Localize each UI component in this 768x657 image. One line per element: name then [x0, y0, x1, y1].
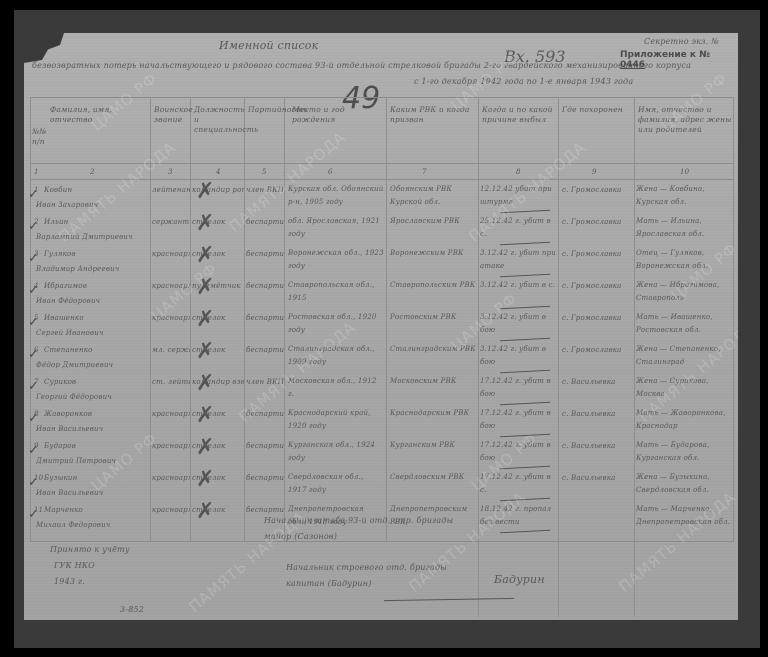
cross-mark-icon: ✗: [196, 501, 214, 523]
col-header-3: Воинское звание: [154, 105, 190, 125]
birth-place: Ставропольская обл., 1915: [288, 279, 384, 305]
given-names: Иван Васильевич: [36, 422, 148, 436]
table-row: ✓ 3 Гуляков Владимир Андреевич красноарм…: [30, 247, 734, 279]
cross-mark-icon: ✗: [196, 405, 214, 427]
torn-corner: [24, 33, 64, 63]
birth-place: Краснодарский край, 1920 году: [288, 407, 384, 433]
relatives-address: Отец — Гуляков, Воронежская обл.: [636, 247, 732, 273]
burial-place: с. Громославка: [562, 183, 632, 197]
col-number: 4: [216, 168, 221, 176]
table-row: ✓ 2 Ильин Варлампий Дмитриевич сержант с…: [30, 215, 734, 247]
footer-note-3: 1943 г.: [54, 577, 85, 586]
birth-place: Московская обл., 1912 г.: [288, 375, 384, 401]
col-number: 10: [680, 168, 689, 176]
birth-place: Воронежская обл., 1923 году: [288, 247, 384, 273]
table-row: ✓ 1 Ковбин Иван Захарович лейтенант кома…: [30, 183, 734, 215]
underline-stroke: [500, 498, 550, 502]
loss-reason: 17.12.42 г. убит в бою: [480, 407, 556, 433]
burial-place: с. Громославка: [562, 311, 632, 325]
loss-reason: 12.12.42 убит при штурме: [480, 183, 556, 209]
cross-mark-icon: ✗: [196, 213, 214, 235]
table-row: ✓ 6 Степаненко Фёдор Дмитриевич мл. серж…: [30, 343, 734, 375]
rank: лейтенант: [152, 183, 190, 197]
table-header-divider: [30, 163, 734, 164]
row-number: 1: [34, 183, 39, 197]
surname: Ковбин: [44, 183, 148, 197]
document-page: Именной список безвозвратных потерь нача…: [24, 33, 738, 620]
burial-place: с. Васильевка: [562, 471, 632, 485]
table-row: ✓ 9 Бударов Дмитрий Петрович красноармее…: [30, 439, 734, 471]
footer-chief-rank: майор (Сазонов): [264, 532, 337, 541]
draft-office: Свердловским РВК: [390, 471, 476, 484]
draft-office: Курганским РВК: [390, 439, 476, 452]
table-border-bottom: [30, 541, 734, 542]
relatives-address: Жена — Сурикова, Москва: [636, 375, 732, 401]
given-names: Иван Захарович: [36, 198, 148, 212]
relatives-address: Жена — Ибрагимова, Ставрополь: [636, 279, 732, 305]
appendix-text: Приложение к №: [620, 50, 710, 60]
draft-office: Ярославским РВК: [390, 215, 476, 228]
rank: красноармеец: [152, 247, 190, 261]
party: беспартийный: [246, 471, 284, 485]
party: беспартийный: [246, 439, 284, 453]
birth-place: Курская обл. Обоянский р-н, 1905 году: [288, 183, 384, 209]
underline-stroke: [500, 466, 550, 470]
col-header-5: Партийность: [248, 105, 284, 115]
relatives-address: Жена — Ковбина, Курская обл.: [636, 183, 732, 209]
underline-stroke: [500, 370, 550, 374]
draft-office: Ростовским РВК: [390, 311, 476, 324]
surname: Суриков: [44, 375, 148, 389]
party: беспартийный: [246, 503, 284, 517]
surname: Степаненко: [44, 343, 148, 357]
burial-place: с. Васильевка: [562, 375, 632, 389]
underline-stroke: [500, 530, 550, 534]
rank: мл. сержант: [152, 343, 190, 357]
party: беспартийный: [246, 343, 284, 357]
birth-place: Сталинградская обл., 1909 году: [288, 343, 384, 369]
relatives-address: Мать — Ильина, Ярославская обл.: [636, 215, 732, 241]
table-row: ✓ 10 Бузыкин Иван Васильевич красноармее…: [30, 471, 734, 503]
relatives-address: Мать — Ивашенко, Ростовская обл.: [636, 311, 732, 337]
surname: Ивашенко: [44, 311, 148, 325]
footer-chief-dept: Начальник строевого отд. бригады: [286, 563, 447, 572]
col-number: 9: [592, 168, 597, 176]
burial-place: с. Громославка: [562, 247, 632, 261]
underline-stroke: [500, 402, 550, 406]
col-number: 8: [516, 168, 521, 176]
party: член ВКП(б): [246, 183, 284, 197]
draft-office: Ставропольским РВК: [390, 279, 476, 292]
rank: ст. лейтенант: [152, 375, 190, 389]
given-names: Иван Васильевич: [36, 486, 148, 500]
rank: красноармеец: [152, 407, 190, 421]
appendix-label: Приложение к № 0446: [620, 50, 738, 70]
rank: сержант: [152, 215, 190, 229]
relatives-address: Мать — Бударова, Курганская обл.: [636, 439, 732, 465]
document-period: с 1-го декабря 1942 года по 1-е января 1…: [414, 77, 633, 86]
rank: красноармеец: [152, 471, 190, 485]
draft-office: Воронежским РВК: [390, 247, 476, 260]
row-number: 5: [34, 311, 39, 325]
stamp-number: 3-852: [120, 605, 144, 614]
birth-place: Курганская обл., 1924 году: [288, 439, 384, 465]
birth-place: Свердловская обл., 1917 году: [288, 471, 384, 497]
given-names: Георгий Фёдорович: [36, 390, 148, 404]
surname: Ильин: [44, 215, 148, 229]
party: беспартийный: [246, 247, 284, 261]
rank: красноармеец: [152, 503, 190, 517]
col-header-8: Когда и по какой причине выбыл: [482, 105, 556, 125]
burial-place: с. Васильевка: [562, 407, 632, 421]
loss-reason: 17.12.42 г. убит в с.: [480, 471, 556, 497]
rank: красноармеец: [152, 439, 190, 453]
party: беспартийный: [246, 311, 284, 325]
row-number: 11: [34, 503, 43, 517]
row-number: 2: [34, 215, 39, 229]
given-names: Иван Фёдорович: [36, 294, 148, 308]
underline-stroke: [500, 338, 550, 342]
surname: Бузыкин: [44, 471, 148, 485]
cross-mark-icon: ✗: [196, 309, 214, 331]
archive-mark: Вх. 593: [504, 47, 566, 66]
given-names: Михаил Федорович: [36, 518, 148, 532]
surname: Гуляков: [44, 247, 148, 261]
loss-reason: 17.12.42 г. убит в бою: [480, 439, 556, 465]
footer-chief-of-staff: Начальник штаба 93-й отд. стр. бригады: [264, 516, 453, 525]
loss-reason: 3.12.42 г. убит в бою: [480, 311, 556, 337]
given-names: Варлампий Дмитриевич: [36, 230, 148, 244]
row-number: 9: [34, 439, 39, 453]
col-header-4: Должность и специальность: [194, 105, 242, 135]
given-names: Владимир Андреевич: [36, 262, 148, 276]
cross-mark-icon: ✗: [196, 469, 214, 491]
underline-stroke: [500, 434, 550, 438]
table-border-top: [30, 97, 734, 98]
party: беспартийный: [246, 215, 284, 229]
cross-mark-icon: ✗: [196, 181, 214, 203]
col-header-7: Каким РВК и когда призван: [390, 105, 476, 125]
col-header-2: Фамилия, имя, отчество: [50, 105, 146, 125]
underline-stroke: [500, 306, 550, 310]
secret-label: Секретно экз. №: [644, 37, 719, 46]
underline-stroke: [500, 210, 550, 214]
col-number: 5: [262, 168, 267, 176]
cross-mark-icon: ✗: [196, 245, 214, 267]
row-number: 3: [34, 247, 39, 261]
loss-reason: 3.12.42 г. убит при атаке: [480, 247, 556, 273]
col-number: 2: [90, 168, 95, 176]
col-number: 1: [34, 168, 39, 176]
appendix-number: 0446: [620, 60, 645, 70]
col-number: 6: [328, 168, 333, 176]
col-header-6: Место и год рождения: [292, 105, 382, 125]
losses-table: №№ п/п Фамилия, имя, отчество Воинское з…: [30, 97, 734, 579]
table-row: ✓ 5 Ивашенко Сергей Иванович красноармее…: [30, 311, 734, 343]
party: беспартийный: [246, 407, 284, 421]
table-numbers-divider: [30, 179, 734, 180]
burial-place: с. Громославка: [562, 279, 632, 293]
draft-office: Краснодарским РВК: [390, 407, 476, 420]
table-row: ✓ 4 Ибрагимов Иван Фёдорович красноармее…: [30, 279, 734, 311]
party: беспартийный: [246, 279, 284, 293]
footer-note-2: ГУК НКО: [54, 561, 95, 570]
relatives-address: Мать — Жаворонкова, Краснодар: [636, 407, 732, 433]
row-number: 4: [34, 279, 39, 293]
burial-place: с. Громославка: [562, 343, 632, 357]
loss-reason: 18.12.42 г. пропал без вести: [480, 503, 556, 529]
surname: Бударов: [44, 439, 148, 453]
document-title: Именной список: [219, 39, 318, 52]
burial-place: с. Васильевка: [562, 439, 632, 453]
given-names: Дмитрий Петрович: [36, 454, 148, 468]
footer-note-1: Принято к учёту: [50, 545, 130, 554]
draft-office: Обоянским РВК Курской обл.: [390, 183, 476, 209]
row-number: 7: [34, 375, 39, 389]
birth-place: Ростовская обл., 1920 году: [288, 311, 384, 337]
rank: красноармеец: [152, 311, 190, 325]
rank: красноармеец: [152, 279, 190, 293]
loss-reason: 17.12.42 г. убит в бою: [480, 375, 556, 401]
underline-stroke: [500, 274, 550, 278]
cross-mark-icon: ✗: [196, 277, 214, 299]
loss-reason: 25.12.42 г. убит в с.: [480, 215, 556, 241]
col-header-1: №№ п/п: [32, 127, 50, 147]
loss-reason: 3.12.42 г. убит в с.: [480, 279, 556, 292]
table-row: ✓ 8 Жаворонков Иван Васильевич красноарм…: [30, 407, 734, 439]
cross-mark-icon: ✗: [196, 373, 214, 395]
col-number: 3: [168, 168, 173, 176]
relatives-address: Жена — Степаненко, Сталинград: [636, 343, 732, 369]
table-row: ✓ 7 Суриков Георгий Фёдорович ст. лейтен…: [30, 375, 734, 407]
row-number: 6: [34, 343, 39, 357]
given-names: Сергей Иванович: [36, 326, 148, 340]
footer-captain: капитан (Бадурин): [286, 579, 372, 588]
surname: Ибрагимов: [44, 279, 148, 293]
underline-stroke: [500, 242, 550, 246]
cross-mark-icon: ✗: [196, 437, 214, 459]
signature: Бадурин: [494, 573, 545, 586]
party: член ВКП(б): [246, 375, 284, 389]
col-header-9: Где похоронен: [562, 105, 632, 115]
col-header-10: Имя, отчество и фамилия, адрес жены или …: [638, 105, 732, 135]
cross-mark-icon: ✗: [196, 341, 214, 363]
row-number: 8: [34, 407, 39, 421]
signature-underline: [384, 598, 514, 601]
draft-office: Сталинградским РВК: [390, 343, 476, 356]
surname: Марченко: [44, 503, 148, 517]
relatives-address: Жена — Бузыкина, Свердловская обл.: [636, 471, 732, 497]
burial-place: с. Громославка: [562, 215, 632, 229]
surname: Жаворонков: [44, 407, 148, 421]
loss-reason: 3.12.42 г. убит в бою: [480, 343, 556, 369]
birth-place: обл. Ярославская, 1921 году: [288, 215, 384, 241]
col-number: 7: [422, 168, 427, 176]
given-names: Фёдор Дмитриевич: [36, 358, 148, 372]
row-number: 10: [34, 471, 43, 485]
draft-office: Московским РВК: [390, 375, 476, 388]
relatives-address: Мать — Марченко, Днепропетровская обл.: [636, 503, 732, 529]
